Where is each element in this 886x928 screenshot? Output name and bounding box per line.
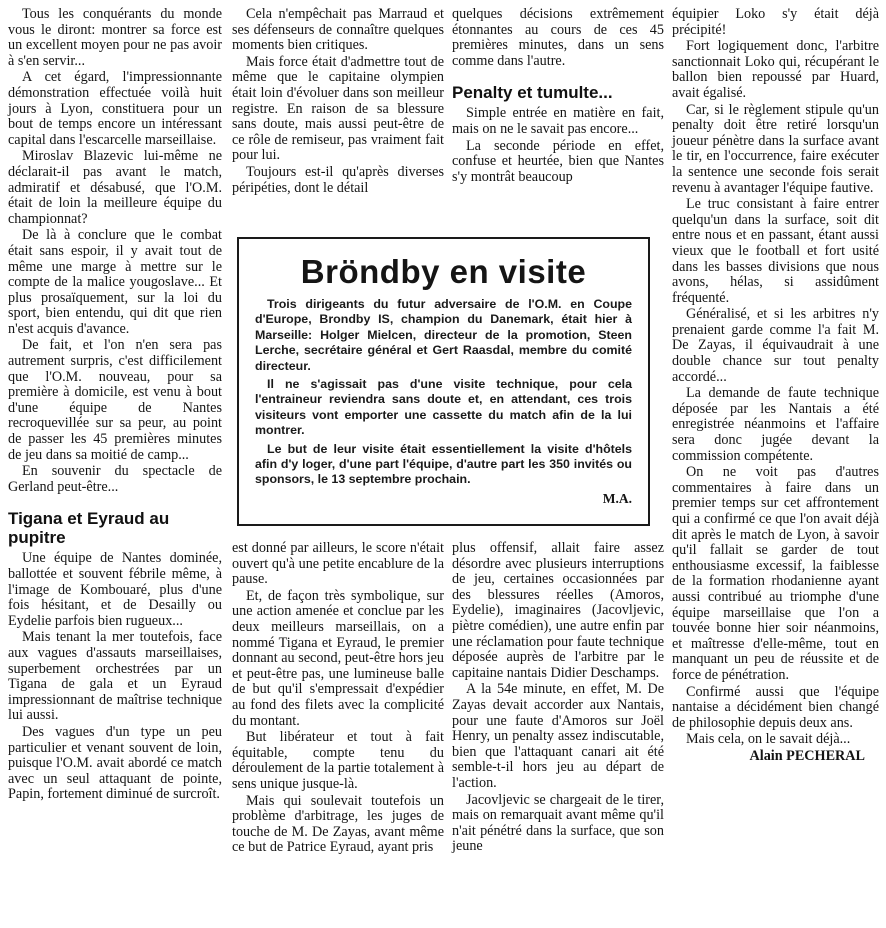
sidebar-paragraph: Il ne s'agissait pas d'une visite techni… xyxy=(255,377,632,439)
article-paragraph: Cela n'empêchait pas Marraud et ses défe… xyxy=(232,7,444,54)
article-column-4: équipier Loko s'y était déjà précipité!F… xyxy=(672,7,879,766)
article-paragraph: Mais qui soulevait toutefois un problème… xyxy=(232,794,444,856)
article-paragraph: But libérateur et tout à fait équitable,… xyxy=(232,730,444,792)
article-paragraph: Mais force était d'admettre tout de même… xyxy=(232,55,444,164)
article-paragraph: est donné par ailleurs, le score n'était… xyxy=(232,541,444,588)
article-paragraph: Confirmé aussi que l'équipe nantaise a d… xyxy=(672,685,879,732)
article-paragraph: Tous les conquérants du monde vous le di… xyxy=(8,7,222,69)
article-paragraph: On ne voit pas d'autres commentaires à f… xyxy=(672,465,879,683)
sidebar-paragraph: Le but de leur visite était essentiellem… xyxy=(255,442,632,488)
article-paragraph: Des vagues d'un type un peu particulier … xyxy=(8,725,222,803)
article-paragraph: En souvenir du spectacle de Gerland peut… xyxy=(8,464,222,495)
article-paragraph: plus offensif, allait faire assez désord… xyxy=(452,541,664,681)
article-paragraph: Mais cela, on le savait déjà... xyxy=(672,732,879,748)
section-heading: Penalty et tumulte... xyxy=(452,83,664,102)
author-byline: Alain PECHERAL xyxy=(672,749,879,765)
article-paragraph: De là à conclure que le combat était san… xyxy=(8,228,222,337)
article-paragraph: Une équipe de Nantes dominée, ballottée … xyxy=(8,551,222,629)
article-paragraph: quelques décisions extrêmement étonnante… xyxy=(452,7,664,69)
article-paragraph: équipier Loko s'y était déjà précipité! xyxy=(672,7,879,38)
sidebar-box-body: Trois dirigeants du futur adversaire de … xyxy=(239,297,648,488)
sidebar-box-title: Bröndby en visite xyxy=(239,253,648,291)
section-heading: Tigana et Eyraud au pupitre xyxy=(8,509,222,547)
article-column-2-bottom: est donné par ailleurs, le score n'était… xyxy=(232,541,444,857)
article-column-3-top: quelques décisions extrêmement étonnante… xyxy=(452,7,664,186)
article-paragraph: Toujours est-il qu'après diverses péripé… xyxy=(232,165,444,196)
article-paragraph: La demande de faute technique déposée pa… xyxy=(672,386,879,464)
article-paragraph: Simple entrée en matière en fait, mais o… xyxy=(452,106,664,137)
sidebar-box-brondby: Bröndby en visite Trois dirigeants du fu… xyxy=(237,237,650,526)
article-paragraph: Généralisé, et si les arbitres n'y prena… xyxy=(672,307,879,385)
article-paragraph: Mais tenant la mer toutefois, face aux v… xyxy=(8,630,222,724)
article-column-2-top: Cela n'empêchait pas Marraud et ses défe… xyxy=(232,7,444,197)
article-paragraph: Et, de façon très symbolique, sur une ac… xyxy=(232,589,444,729)
article-paragraph: La seconde période en effet, confuse et … xyxy=(452,139,664,186)
article-paragraph: Le truc consistant à faire entrer quelqu… xyxy=(672,197,879,306)
sidebar-box-signature: M.A. xyxy=(239,491,648,507)
article-paragraph: Fort logiquement donc, l'arbitre sanctio… xyxy=(672,39,879,101)
article-paragraph: De fait, et l'on n'en sera pas autrement… xyxy=(8,338,222,463)
article-column-3-bottom: plus offensif, allait faire assez désord… xyxy=(452,541,664,856)
article-paragraph: A cet égard, l'impressionnante démonstra… xyxy=(8,70,222,148)
sidebar-paragraph: Trois dirigeants du futur adversaire de … xyxy=(255,297,632,374)
article-paragraph: Miroslav Blazevic lui-même ne déclarait-… xyxy=(8,149,222,227)
article-paragraph: Jacovljevic se chargeait de le tirer, ma… xyxy=(452,793,664,855)
article-paragraph: A la 54e minute, en effet, M. De Zayas d… xyxy=(452,682,664,791)
article-column-1: Tous les conquérants du monde vous le di… xyxy=(8,7,222,804)
article-paragraph: Car, si le règlement stipule qu'un penal… xyxy=(672,103,879,197)
